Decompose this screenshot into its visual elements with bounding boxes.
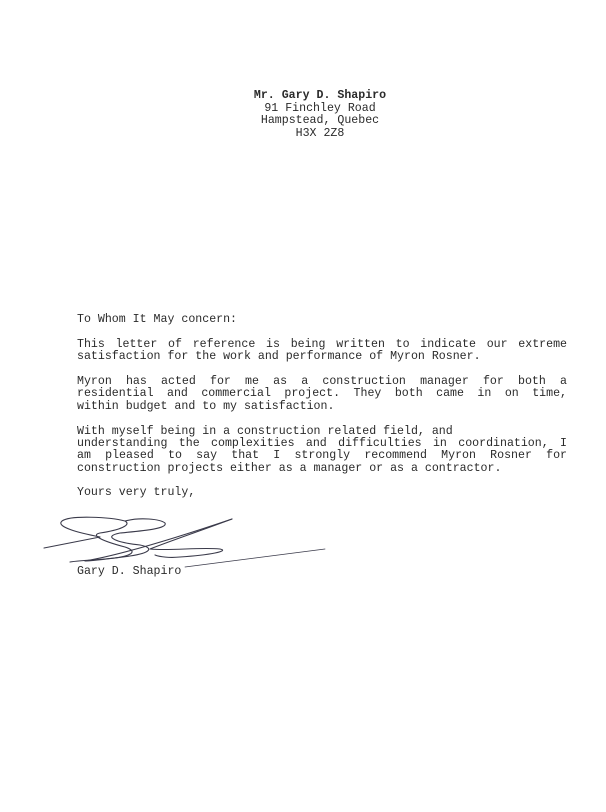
paragraph-line: construction projects either as a manage…: [77, 463, 567, 475]
sender-postal-code: H3X 2Z8: [0, 128, 606, 141]
salutation: To Whom It May concern:: [77, 314, 567, 326]
paragraph-line: residential and commercial project. They…: [77, 388, 567, 400]
letter-page: Mr. Gary D. Shapiro 91 Finchley Road Ham…: [0, 0, 606, 812]
letter-body: To Whom It May concern: This letter of r…: [77, 314, 567, 500]
paragraph-3: With myself being in a construction rela…: [77, 426, 567, 476]
sender-address-line2: Hampstead, Quebec: [0, 115, 606, 128]
paragraph-1: This letter of reference is being writte…: [77, 339, 567, 364]
paragraph-line: within budget and to my satisfaction.: [77, 401, 567, 413]
sender-name: Mr. Gary D. Shapiro: [0, 90, 606, 103]
sender-address-block: Mr. Gary D. Shapiro 91 Finchley Road Ham…: [0, 90, 606, 140]
paragraph-line: satisfaction for the work and performanc…: [77, 351, 567, 363]
typed-signature-name: Gary D. Shapiro: [77, 566, 181, 578]
paragraph-line: am pleased to say that I strongly recomm…: [77, 450, 567, 462]
closing: Yours very truly,: [77, 487, 567, 499]
paragraph-2: Myron has acted for me as a construction…: [77, 376, 567, 413]
